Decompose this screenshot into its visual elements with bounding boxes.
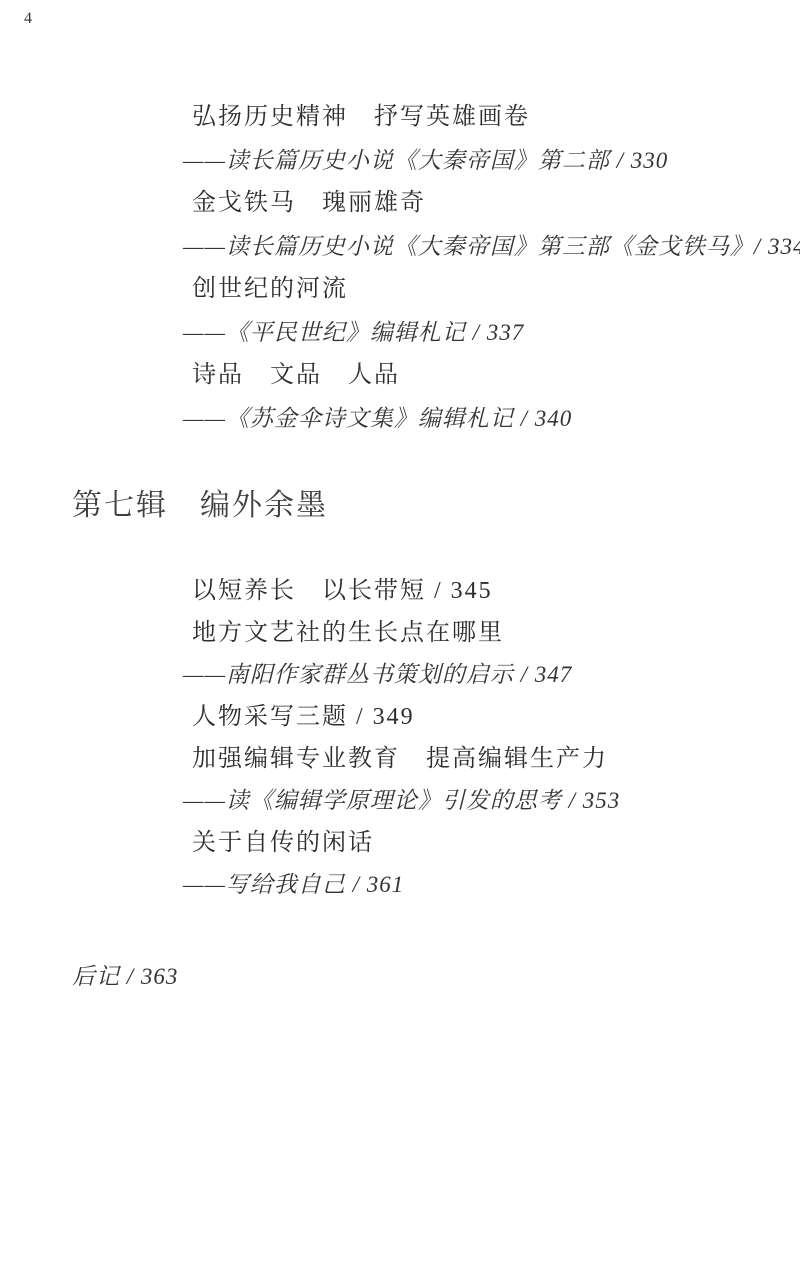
toc-entry-title: 弘扬历史精神 抒写英雄画卷: [192, 96, 800, 139]
toc-section-6-entries: 弘扬历史精神 抒写英雄画卷 ——读长篇历史小说《大秦帝国》第二部 / 330 金…: [0, 96, 800, 440]
toc-entry-subtitle: ——读长篇历史小说《大秦帝国》第二部 / 330: [183, 139, 800, 182]
toc-entry-subtitle: ——写给我自己 / 361: [183, 864, 800, 906]
toc-entry-title: 人物采写三题 / 349: [192, 696, 800, 738]
toc-entry-subtitle: ——《平民世纪》编辑札记 / 337: [183, 311, 800, 354]
toc-entry-title: 加强编辑专业教育 提高编辑生产力: [192, 738, 800, 780]
toc-entry-subtitle: ——《苏金伞诗文集》编辑札记 / 340: [183, 397, 800, 440]
toc-entry-title: 金戈铁马 瑰丽雄奇: [192, 182, 800, 225]
toc-entry-title: 诗品 文品 人品: [192, 354, 800, 397]
toc-entry-subtitle: ——读《编辑学原理论》引发的思考 / 353: [183, 780, 800, 822]
toc-entry-title: 以短养长 以长带短 / 345: [192, 570, 800, 612]
toc-entry-subtitle: ——南阳作家群丛书策划的启示 / 347: [183, 654, 800, 696]
toc-entry-subtitle: ——读长篇历史小说《大秦帝国》第三部《金戈铁马》/ 334: [183, 225, 800, 268]
page-number: 4: [24, 10, 32, 28]
section-heading: 第七辑 编外余墨: [72, 480, 328, 524]
afterword-entry: 后记 / 363: [72, 958, 178, 991]
toc-entry-title: 创世纪的河流: [192, 268, 800, 311]
toc-entry-title: 地方文艺社的生长点在哪里: [192, 612, 800, 654]
toc-entry-title: 关于自传的闲话: [192, 822, 800, 864]
toc-section-7-entries: 以短养长 以长带短 / 345 地方文艺社的生长点在哪里 ——南阳作家群丛书策划…: [0, 570, 800, 906]
book-toc-page: 4 弘扬历史精神 抒写英雄画卷 ——读长篇历史小说《大秦帝国》第二部 / 330…: [0, 0, 800, 1262]
